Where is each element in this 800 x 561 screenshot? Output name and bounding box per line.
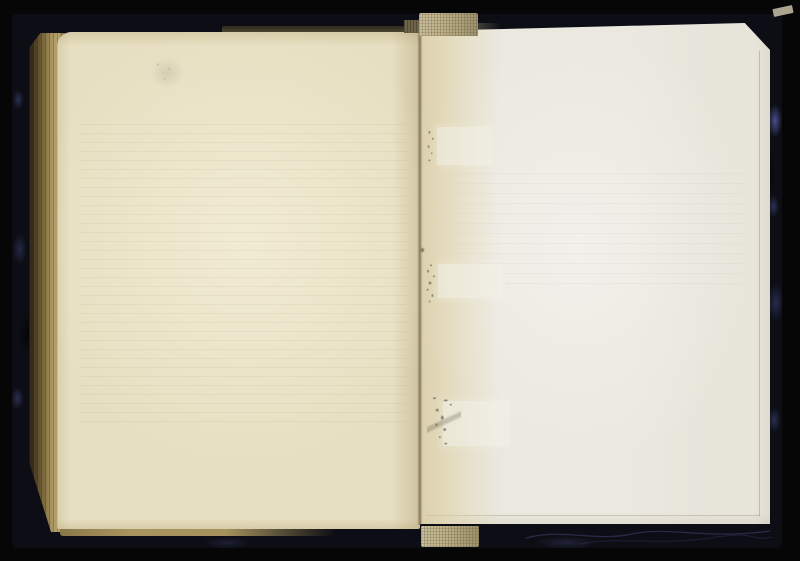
ink-smudge [422,262,442,304]
spine-tape-top [419,13,478,36]
book-scan-photo [0,0,800,561]
left-page-smudge [144,54,190,96]
cover-corner-paper-slip [772,5,793,17]
left-page-show-through-lines [80,124,406,425]
cover-marbling-streaks [520,522,776,548]
ink-smudge [423,128,439,164]
ink-dot [420,247,425,253]
repair-patch [437,127,491,165]
marble-streak-path [526,531,770,538]
left-page [58,32,420,529]
ink-smudge [427,395,461,449]
spine-tape-bottom [421,526,479,547]
repair-patch [438,264,502,298]
right-page-edge-bevel [759,51,760,516]
